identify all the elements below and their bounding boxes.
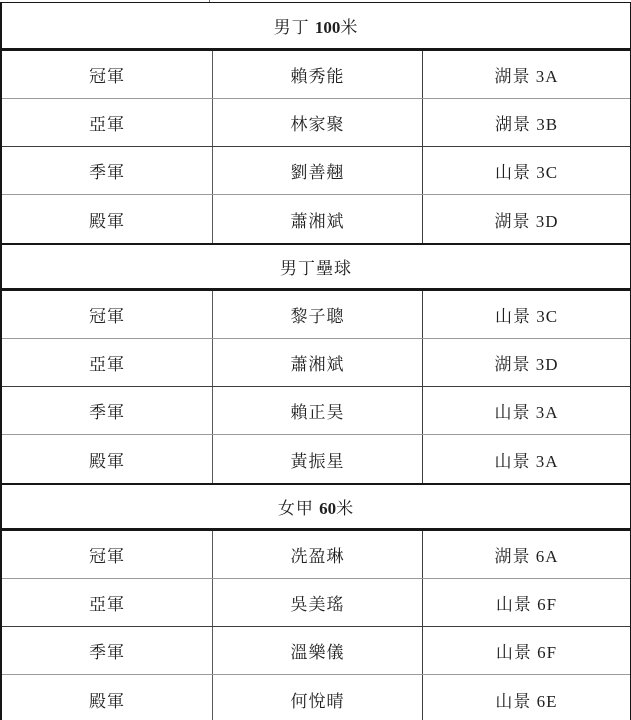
rank-cell: 季軍 xyxy=(2,387,212,434)
rank-cell: 冠軍 xyxy=(2,531,212,578)
rank-cell: 殿軍 xyxy=(2,675,212,720)
name-cell: 吳美瑤 xyxy=(212,579,422,626)
section-header: 女甲 60米 xyxy=(2,483,630,531)
table-row: 殿軍 蕭湘斌 湖景 3D xyxy=(2,195,630,243)
rank-cell: 殿軍 xyxy=(2,195,212,243)
section-header: 男丁壘球 xyxy=(2,243,630,291)
class-cell: 湖景 3D xyxy=(422,339,630,386)
table-row: 殿軍 何悅晴 山景 6E xyxy=(2,675,630,720)
class-cell: 山景 3A xyxy=(422,387,630,434)
table-row: 季軍 劉善翹 山景 3C xyxy=(2,147,630,195)
section-header: 男丁 100米 xyxy=(2,3,630,51)
rank-cell: 冠軍 xyxy=(2,51,212,98)
section-title-suffix: 米 xyxy=(340,18,358,37)
table-row: 亞軍 吳美瑤 山景 6F xyxy=(2,579,630,627)
table-row: 季軍 賴正昊 山景 3A xyxy=(2,387,630,435)
result-section-boys-d-100m: 男丁 100米 冠軍 賴秀能 湖景 3A 亞軍 林家聚 湖景 3B 季軍 劉善翹… xyxy=(2,3,630,243)
section-title: 男丁 100米 xyxy=(274,13,359,38)
section-title: 女甲 60米 xyxy=(278,494,354,519)
section-title-prefix: 女甲 xyxy=(278,499,319,518)
rank-cell: 殿軍 xyxy=(2,435,212,483)
name-cell: 林家聚 xyxy=(212,99,422,146)
rank-cell: 冠軍 xyxy=(2,291,212,338)
section-title-number: 100 xyxy=(315,18,341,37)
class-cell: 山景 6F xyxy=(422,627,630,674)
class-cell: 山景 3C xyxy=(422,291,630,338)
results-table: 男丁 100米 冠軍 賴秀能 湖景 3A 亞軍 林家聚 湖景 3B 季軍 劉善翹… xyxy=(0,2,631,720)
table-row: 亞軍 林家聚 湖景 3B xyxy=(2,99,630,147)
table-row: 冠軍 黎子聰 山景 3C xyxy=(2,291,630,339)
name-cell: 劉善翹 xyxy=(212,147,422,194)
name-cell: 黎子聰 xyxy=(212,291,422,338)
document-page: 男丁 100米 冠軍 賴秀能 湖景 3A 亞軍 林家聚 湖景 3B 季軍 劉善翹… xyxy=(0,0,631,720)
section-title-number: 60 xyxy=(319,499,336,518)
class-cell: 湖景 3A xyxy=(422,51,630,98)
name-cell: 冼盈琳 xyxy=(212,531,422,578)
rank-cell: 亞軍 xyxy=(2,339,212,386)
table-row: 冠軍 賴秀能 湖景 3A xyxy=(2,51,630,99)
name-cell: 溫樂儀 xyxy=(212,627,422,674)
class-cell: 山景 6E xyxy=(422,675,630,720)
rank-cell: 季軍 xyxy=(2,147,212,194)
class-cell: 湖景 3B xyxy=(422,99,630,146)
class-cell: 湖景 6A xyxy=(422,531,630,578)
name-cell: 蕭湘斌 xyxy=(212,339,422,386)
result-section-girls-a-60m: 女甲 60米 冠軍 冼盈琳 湖景 6A 亞軍 吳美瑤 山景 6F 季軍 溫樂儀 … xyxy=(2,483,630,720)
class-cell: 山景 6F xyxy=(422,579,630,626)
section-title-prefix: 男丁 xyxy=(274,18,315,37)
rank-cell: 亞軍 xyxy=(2,99,212,146)
section-title-suffix: 米 xyxy=(336,499,354,518)
class-cell: 山景 3A xyxy=(422,435,630,483)
table-row: 冠軍 冼盈琳 湖景 6A xyxy=(2,531,630,579)
name-cell: 賴秀能 xyxy=(212,51,422,98)
name-cell: 何悅晴 xyxy=(212,675,422,720)
name-cell: 賴正昊 xyxy=(212,387,422,434)
rank-cell: 亞軍 xyxy=(2,579,212,626)
section-title-prefix: 男丁壘球 xyxy=(280,259,352,278)
class-cell: 湖景 3D xyxy=(422,195,630,243)
result-section-boys-d-softball: 男丁壘球 冠軍 黎子聰 山景 3C 亞軍 蕭湘斌 湖景 3D 季軍 賴正昊 山景… xyxy=(2,243,630,483)
class-cell: 山景 3C xyxy=(422,147,630,194)
rank-cell: 季軍 xyxy=(2,627,212,674)
table-row: 季軍 溫樂儀 山景 6F xyxy=(2,627,630,675)
section-title: 男丁壘球 xyxy=(280,254,352,279)
table-row: 亞軍 蕭湘斌 湖景 3D xyxy=(2,339,630,387)
table-row: 殿軍 黃振星 山景 3A xyxy=(2,435,630,483)
name-cell: 黃振星 xyxy=(212,435,422,483)
name-cell: 蕭湘斌 xyxy=(212,195,422,243)
